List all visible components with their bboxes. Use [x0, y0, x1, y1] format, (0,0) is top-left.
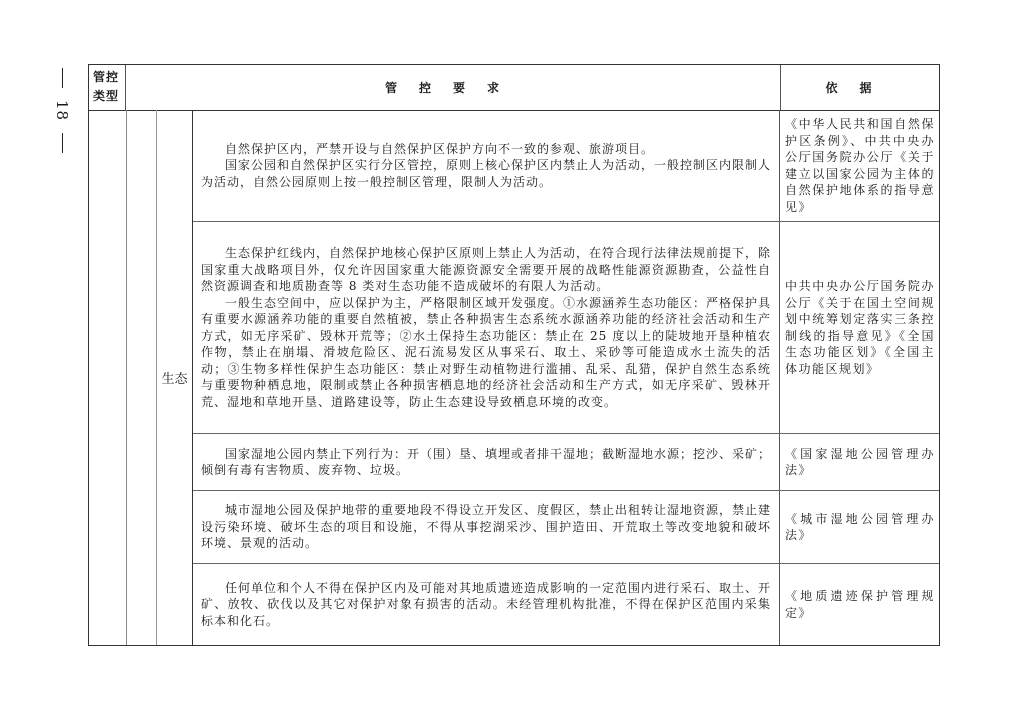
basis-cell: 《国家湿地公园管理办法》	[780, 434, 939, 490]
basis-cell: 中共中央办公厅国务院办公厅《关于在国土空间规划中统筹划定落实三条控制线的指导意见…	[780, 222, 939, 433]
requirement-paragraph: 国家公园和自然保护区实行分区管控，原则上核心保护区内禁止人为活动，一般控制区内限…	[201, 157, 771, 190]
requirements-cell: 国家湿地公园内禁止下列行为：开（围）垦、填埋或者排干湿地；截断湿地水源；挖沙、采…	[193, 434, 780, 490]
control-requirements-table: 管控类型 管控要求 依据 生态 自然保护区内，严禁开设与自然保护区保护方向不一致…	[88, 64, 940, 646]
page-number-value: 18	[53, 100, 71, 121]
table-row: 自然保护区内，严禁开设与自然保护区保护方向不一致的参观、旅游项目。 国家公园和自…	[193, 110, 939, 222]
page-number: 18	[52, 68, 72, 168]
page-number-dash-bottom	[62, 133, 63, 153]
category-cell-ecology: 生态	[156, 110, 193, 645]
requirements-cell: 城市湿地公园及保护地带的重要地段不得设立开发区、度假区，禁止出租转让湿地资源，禁…	[193, 491, 780, 563]
requirement-paragraph: 任何单位和个人不得在保护区内及可能对其地质遗迹造成影响的一定范围内进行采石、取土…	[201, 580, 771, 630]
requirements-cell: 自然保护区内，严禁开设与自然保护区保护方向不一致的参观、旅游项目。 国家公园和自…	[193, 110, 780, 221]
table-row: 国家湿地公园内禁止下列行为：开（围）垦、填埋或者排干湿地；截断湿地水源；挖沙、采…	[193, 434, 939, 491]
column-divider	[126, 110, 127, 645]
requirements-cell: 生态保护红线内，自然保护地核心保护区原则上禁止人为活动，在符合现行法律法规前提下…	[193, 222, 780, 433]
header-basis: 依据	[780, 65, 939, 110]
requirement-paragraph: 生态保护红线内，自然保护地核心保护区原则上禁止人为活动，在符合现行法律法规前提下…	[201, 245, 771, 295]
page-number-dash-top	[62, 68, 63, 88]
table-row: 城市湿地公园及保护地带的重要地段不得设立开发区、度假区，禁止出租转让湿地资源，禁…	[193, 491, 939, 564]
requirements-cell: 任何单位和个人不得在保护区内及可能对其地质遗迹造成影响的一定范围内进行采石、取土…	[193, 564, 780, 645]
header-control-type: 管控类型	[89, 65, 126, 110]
header-control-requirements: 管控要求	[126, 65, 781, 110]
basis-cell: 《地质遗迹保护管理规定》	[780, 564, 939, 645]
table-row: 生态保护红线内，自然保护地核心保护区原则上禁止人为活动，在符合现行法律法规前提下…	[193, 222, 939, 434]
requirement-paragraph: 国家湿地公园内禁止下列行为：开（围）垦、填埋或者排干湿地；截断湿地水源；挖沙、采…	[201, 446, 771, 479]
table-header-row: 管控类型 管控要求 依据	[89, 65, 939, 111]
requirement-paragraph: 一般生态空间中，应以保护为主，严格限制区域开发强度。①水源涵养生态功能区：严格保…	[201, 295, 771, 411]
requirement-paragraph: 自然保护区内，严禁开设与自然保护区保护方向不一致的参观、旅游项目。	[201, 141, 771, 158]
table-row: 任何单位和个人不得在保护区内及可能对其地质遗迹造成影响的一定范围内进行采石、取土…	[193, 564, 939, 645]
basis-cell: 《中华人民共和国自然保护区条例》、中共中央办公厅国务院办公厅《关于建立以国家公园…	[780, 110, 939, 221]
requirement-paragraph: 城市湿地公园及保护地带的重要地段不得设立开发区、度假区，禁止出租转让湿地资源，禁…	[201, 502, 771, 552]
basis-cell: 《城市湿地公园管理办法》	[780, 491, 939, 563]
